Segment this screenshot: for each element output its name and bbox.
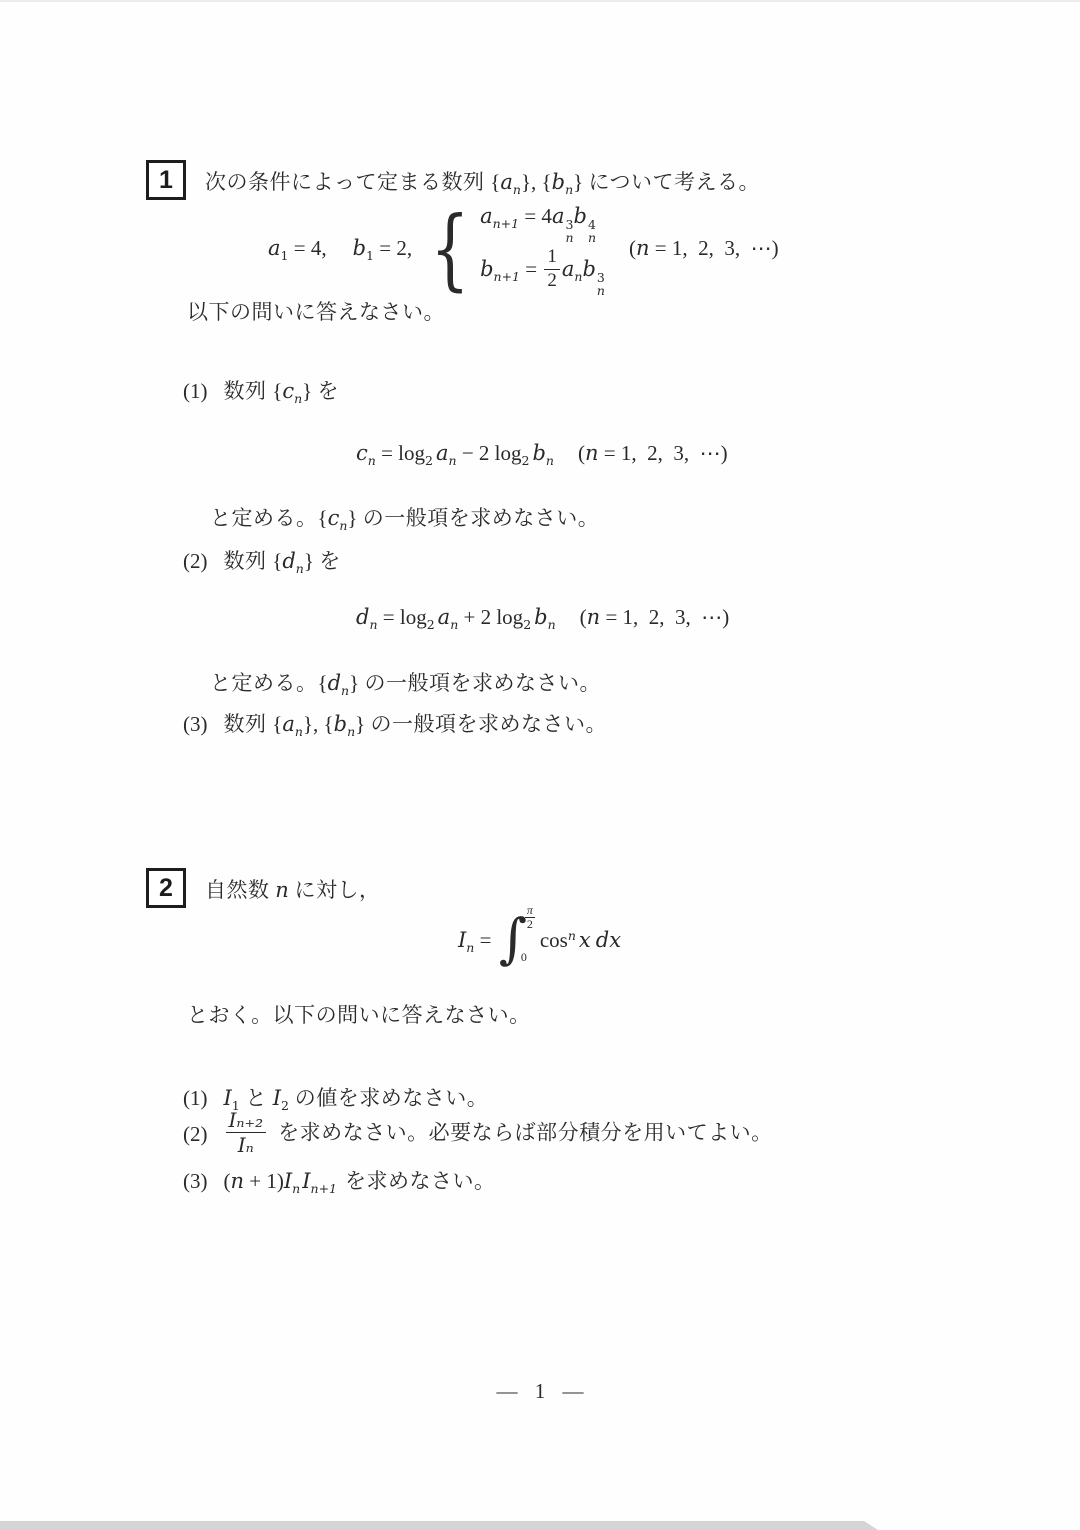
- problem-1-q2-text: 数列 {dn} を: [224, 546, 341, 578]
- system-equation-2: bn+1 = 12anb3n: [480, 248, 605, 297]
- problem-1-q1-note: と定める。{cn} の一般項を求めなさい。: [210, 503, 599, 535]
- problem-1-q3-label: (3): [183, 709, 208, 741]
- problem-1-q2-label: (2): [183, 546, 208, 578]
- problem-1-number-box: 1: [146, 160, 186, 200]
- problem-1-q1-formula: cn = log2an − 2 log2bn(n = 1, 2, 3, ⋯): [356, 438, 728, 470]
- initial-conditions: a1 = 4,b1 = 2,: [268, 233, 412, 265]
- problem-2-number: 2: [159, 874, 173, 903]
- problem-1-conditions-row: a1 = 4,b1 = 2, { an+1 = 4a3nb4n bn+1 = 1…: [268, 202, 779, 296]
- problem-1-q2-note: と定める。{dn} の一般項を求めなさい。: [210, 668, 601, 700]
- problem-1-q2-formula: dn = log2an + 2 log2bn(n = 1, 2, 3, ⋯): [356, 602, 729, 634]
- page-bottom-scan-edge: [0, 1521, 878, 1530]
- problem-2-q3-row: (3) (n + 1)InIn+1を求めなさい。: [183, 1166, 496, 1198]
- problem-2-formula: In = ∫π20cosnxdx: [458, 915, 621, 969]
- index-range: (n = 1, 2, 3, ⋯): [629, 233, 779, 265]
- system-equation-1: an+1 = 4a3nb4n: [480, 201, 605, 244]
- problem-2-q2-label: (2): [183, 1119, 208, 1151]
- page-number: — 1 —: [0, 1379, 1080, 1404]
- problem-1-number: 1: [159, 166, 173, 195]
- problem-1-q1-row: (1) 数列 {cn} を: [183, 376, 339, 408]
- problem-2-header: 2 自然数 n に対し，: [146, 868, 381, 908]
- problem-1-intro: 次の条件によって定まる数列 {an}, {bn} について考える。: [205, 160, 760, 199]
- system-equations: an+1 = 4a3nb4n bn+1 = 12anb3n: [480, 201, 605, 298]
- problem-2-q3-label: (3): [183, 1166, 208, 1198]
- problem-2-instruction: とおく。以下の問いに答えなさい。: [187, 1000, 531, 1032]
- problem-2-intro: 自然数 n に対し，: [205, 868, 381, 907]
- system-brace: {: [430, 205, 469, 293]
- problem-2-q2-text: Iₙ₊₂Iₙを求めなさい。必要ならば部分積分を用いてよい。: [224, 1110, 773, 1159]
- problem-1-q1-text: 数列 {cn} を: [224, 376, 340, 408]
- problem-1-instruction: 以下の問いに答えなさい。: [187, 297, 445, 329]
- problem-1-header: 1 次の条件によって定まる数列 {an}, {bn} について考える。: [146, 160, 760, 200]
- problem-1-q3-text: 数列 {an}, {bn} の一般項を求めなさい。: [224, 709, 607, 741]
- exam-page: 1 次の条件によって定まる数列 {an}, {bn} について考える。 a1 =…: [0, 0, 1080, 1530]
- problem-2-q2-row: (2) Iₙ₊₂Iₙを求めなさい。必要ならば部分積分を用いてよい。: [183, 1110, 773, 1159]
- problem-1-q2-row: (2) 数列 {dn} を: [183, 546, 341, 578]
- problem-1-q1-label: (1): [183, 376, 208, 408]
- page-top-edge: [0, 0, 1080, 2]
- problem-2-q3-text: (n + 1)InIn+1を求めなさい。: [224, 1166, 496, 1198]
- problem-2-number-box: 2: [146, 868, 186, 908]
- problem-1-q3-row: (3) 数列 {an}, {bn} の一般項を求めなさい。: [183, 709, 607, 741]
